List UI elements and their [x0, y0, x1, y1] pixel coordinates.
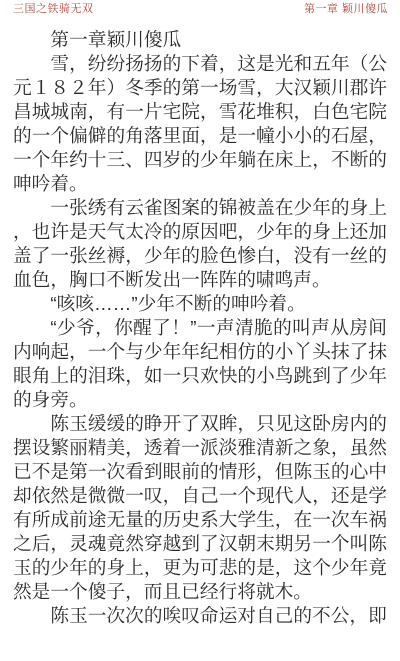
paragraph: 一张绣有云雀图案的锦被盖在少年的身上，也许是天气太冷的原因吧，少年的身上还加盖了…	[13, 196, 387, 292]
book-title: 三国之铁骑无双	[13, 3, 94, 16]
paragraph: 陈玉一次次的唉叹命运对自己的不公，即	[13, 604, 387, 628]
paragraph: 雪，纷纷扬扬的下着，这是光和五年（公元１８２年）冬季的第一场雪，大汉颖川郡许昌城…	[13, 52, 387, 196]
paragraph: 陈玉缓缓的睁开了双眸，只见这卧房内的摆设繁丽精美，透着一派淡雅清新之象，虽然已不…	[13, 412, 387, 604]
reading-area[interactable]: 第一章颖川傻瓜 雪，纷纷扬扬的下着，这是光和五年（公元１８２年）冬季的第一场雪，…	[0, 16, 400, 628]
chapter-label: 第一章 颖川傻瓜	[304, 3, 388, 16]
chapter-title: 第一章颖川傻瓜	[13, 28, 387, 52]
reader-page: 三国之铁骑无双 第一章 颖川傻瓜 第一章颖川傻瓜 雪，纷纷扬扬的下着，这是光和五…	[0, 0, 400, 661]
reader-header: 三国之铁骑无双 第一章 颖川傻瓜	[0, 0, 400, 16]
paragraph: “咳咳……”少年不断的呻吟着。	[13, 292, 387, 316]
paragraph: “少爷，你醒了！”一声清脆的叫声从房间内响起，一个与少年年纪相仿的小丫头抹了抹眼…	[13, 316, 387, 412]
